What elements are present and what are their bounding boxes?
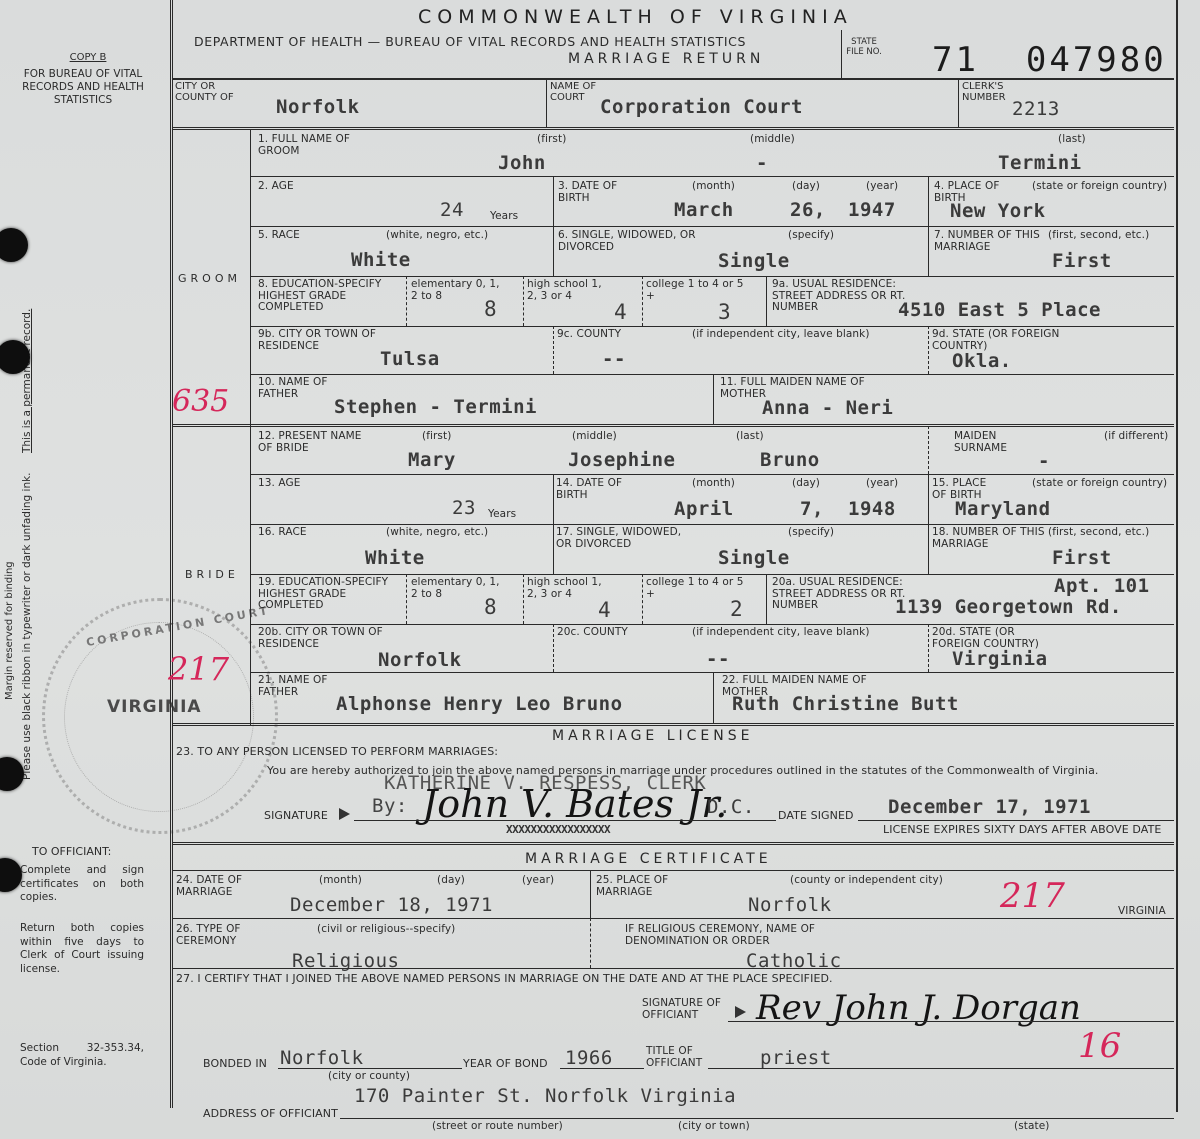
date-signed-value: December 17, 1971 <box>888 796 1091 818</box>
civil-religious-hint: (civil or religious--specify) <box>317 924 455 936</box>
day-hint: (day) <box>792 181 820 193</box>
groom-last-name: Termini <box>998 152 1082 174</box>
groom-dob-day: 26, <box>790 199 826 221</box>
address-line <box>340 1118 1174 1119</box>
bride-mother-name: Ruth Christine Butt <box>732 693 959 715</box>
divider <box>928 326 929 374</box>
bond-year-line <box>560 1068 644 1069</box>
bride-annotation: 217 <box>168 650 229 688</box>
department-name: DEPARTMENT OF HEALTH — BUREAU OF VITAL R… <box>194 36 746 48</box>
groom-birthplace: New York <box>950 200 1046 222</box>
groom-elementary: 8 <box>484 297 497 321</box>
divider <box>958 78 959 128</box>
ordinal-hint: (first, second, etc.) <box>1048 230 1149 242</box>
high-school-hint: high school 1, 2, 3 or 4 <box>527 279 607 302</box>
divider <box>590 870 591 918</box>
divider <box>642 574 643 624</box>
month-hint: (month) <box>319 875 362 887</box>
license-section-title: MARRIAGE LICENSE <box>552 728 753 744</box>
groom-county-label: 9c. COUNTY <box>557 329 621 341</box>
rule <box>172 870 1174 871</box>
rule <box>172 968 1174 969</box>
bonded-in-label: BONDED IN <box>203 1058 267 1070</box>
bride-state-label: 20d. STATE (OR FOREIGN COUNTRY) <box>932 627 1062 650</box>
divider <box>546 78 547 128</box>
groom-city: Tulsa <box>380 348 440 370</box>
divider <box>841 30 842 78</box>
denomination-label: IF RELIGIOUS CEREMONY, NAME OF DENOMINAT… <box>625 924 825 947</box>
groom-middle-name: - <box>756 152 768 174</box>
groom-high-school: 4 <box>614 300 627 324</box>
years-label: Years <box>490 211 518 223</box>
bride-state: Virginia <box>952 648 1048 670</box>
certification-statement: 27. I CERTIFY THAT I JOINED THE ABOVE NA… <box>176 973 833 985</box>
city-county-hint: (city or county) <box>328 1071 410 1083</box>
divider <box>553 524 554 574</box>
marriage-place-label: 25. PLACE OF MARRIAGE <box>596 875 696 898</box>
state-country-hint: (state or foreign country) <box>1032 478 1167 490</box>
code-reference: Section 32-353.34, Code of Virginia. <box>20 1042 144 1069</box>
bride-apartment: Apt. 101 <box>1054 575 1150 597</box>
divider <box>928 474 929 524</box>
license-expiry-note: LICENSE EXPIRES SIXTY DAYS AFTER ABOVE D… <box>883 824 1161 836</box>
form-right-border <box>1176 0 1178 1112</box>
independent-city-hint: (if independent city, leave blank) <box>692 329 870 341</box>
section-rule <box>172 842 1174 845</box>
to-officiant-instruction-1: Complete and sign certificates on both c… <box>20 864 144 905</box>
bride-maiden-label: MAIDEN SURNAME <box>954 431 1024 454</box>
groom-county: -- <box>602 348 626 370</box>
state-file-number: 71 047980 <box>932 40 1167 80</box>
divider <box>406 574 407 624</box>
divider <box>642 276 643 326</box>
county-city-hint: (county or independent city) <box>790 875 943 887</box>
year-hint: (year) <box>866 478 898 490</box>
struck-out-text: XXXXXXXXXXXXXXXXX <box>506 823 610 836</box>
form-name: MARRIAGE RETURN <box>568 51 764 67</box>
bride-middle-name: Josephine <box>568 449 675 471</box>
bride-marital-label: 17. SINGLE, WIDOWED, OR DIVORCED <box>556 527 696 550</box>
groom-first-name: John <box>498 152 546 174</box>
groom-age-label: 2. AGE <box>258 181 294 193</box>
bride-father-name: Alphonse Henry Leo Bruno <box>336 693 623 715</box>
section-divider <box>250 130 251 726</box>
groom-street-address: 4510 East 5 Place <box>898 299 1101 321</box>
groom-dob-label: 3. DATE OF BIRTH <box>558 181 638 204</box>
divider <box>928 426 929 474</box>
license-addressee: 23. TO ANY PERSON LICENSED TO PERFORM MA… <box>176 746 498 758</box>
divider <box>406 276 407 326</box>
bride-age-label: 13. AGE <box>258 478 301 490</box>
bride-first-name: Mary <box>408 449 456 471</box>
divider <box>766 276 767 326</box>
divider <box>553 474 554 524</box>
month-hint: (month) <box>692 478 735 490</box>
ordinal-hint: (first, second, etc.) <box>1048 527 1149 539</box>
bride-maiden-surname: - <box>1038 450 1050 472</box>
form-title: COMMONWEALTH OF VIRGINIA <box>418 6 853 28</box>
divider <box>590 918 591 968</box>
rule <box>250 574 1174 575</box>
clerk-number-value: 2213 <box>1012 98 1060 120</box>
city-county-label: CITY OR COUNTY OF <box>175 81 255 103</box>
rule <box>250 524 1174 525</box>
bride-college: 2 <box>730 597 743 621</box>
bride-name-label: 12. PRESENT NAME OF BRIDE <box>258 431 368 454</box>
groom-education-label: 8. EDUCATION-SPECIFY HIGHEST GRADE COMPL… <box>258 279 406 314</box>
bride-birthplace: Maryland <box>955 498 1051 520</box>
date-signed-label: DATE SIGNED <box>778 810 854 822</box>
divider <box>713 672 714 724</box>
officiant-address-label: ADDRESS OF OFFICIANT <box>203 1108 338 1120</box>
bride-street-address: 1139 Georgetown Rd. <box>895 596 1122 618</box>
race-hint: (white, negro, etc.) <box>386 230 488 242</box>
groom-state-label: 9d. STATE (OR FOREIGN COUNTRY) <box>932 329 1062 352</box>
rule <box>172 918 1174 919</box>
groom-dob-month: March <box>674 199 734 221</box>
college-hint: college 1 to 4 or 5 + <box>646 279 746 302</box>
bride-county: -- <box>706 648 730 670</box>
specify-hint: (specify) <box>788 527 834 539</box>
bonded-line <box>278 1068 462 1069</box>
race-hint: (white, negro, etc.) <box>386 527 488 539</box>
state-file-label: STATE FILE NO. <box>846 37 882 57</box>
years-label: Years <box>488 509 516 521</box>
groom-marital-status: Single <box>718 250 790 272</box>
groom-father-name: Stephen - Termini <box>334 396 537 418</box>
year-hint: (year) <box>522 875 554 887</box>
bond-year: 1966 <box>565 1047 613 1069</box>
copy-purpose: FOR BUREAU OF VITAL RECORDS AND HEALTH S… <box>8 68 158 107</box>
divider <box>928 624 929 672</box>
middle-hint: (middle) <box>572 431 617 443</box>
groom-annotation: 635 <box>172 384 229 419</box>
rule <box>172 127 1174 130</box>
rule <box>250 474 1174 475</box>
ceremony-type-label: 26. TYPE OF CEREMONY <box>176 924 276 947</box>
rule <box>250 672 1174 673</box>
section-rule <box>172 723 1174 726</box>
state-country-hint: (state or foreign country) <box>1032 181 1167 193</box>
page-annotation: 16 <box>1078 1026 1121 1066</box>
title-line <box>708 1068 1174 1069</box>
bride-high-school: 4 <box>598 598 611 622</box>
groom-section-label: GROOM <box>178 272 241 285</box>
day-hint: (day) <box>792 478 820 490</box>
high-school-hint: high school 1, 2, 3 or 4 <box>527 577 607 600</box>
rule <box>250 374 1174 375</box>
groom-state: Okla. <box>952 350 1012 372</box>
seal-virginia-text: VIRGINIA <box>107 697 202 717</box>
bride-age: 23 <box>452 497 476 519</box>
bride-dob-year: 1948 <box>848 498 896 520</box>
rule <box>250 176 1174 177</box>
city-town-hint: (city or town) <box>678 1121 750 1133</box>
divider <box>928 176 929 226</box>
city-county-value: Norfolk <box>276 96 360 118</box>
last-hint: (last) <box>736 431 764 443</box>
first-hint: (first) <box>422 431 451 443</box>
groom-mother-name: Anna - Neri <box>762 397 893 419</box>
divider <box>766 574 767 624</box>
ink-note: Please use black ribbon in typewriter or… <box>22 472 33 780</box>
year-hint: (year) <box>866 181 898 193</box>
signature-label: SIGNATURE <box>264 810 328 822</box>
groom-name-label: 1. FULL NAME OF GROOM <box>258 134 358 157</box>
bride-city-label: 20b. CITY OR TOWN OF RESIDENCE <box>258 627 388 650</box>
groom-age: 24 <box>440 199 464 221</box>
officiant-signature-label: SIGNATURE OF OFFICIANT <box>642 998 732 1021</box>
bride-father-label: 21. NAME OF FATHER <box>258 675 338 698</box>
groom-dob-year: 1947 <box>848 199 896 221</box>
bride-race-label: 16. RACE <box>258 527 307 539</box>
bride-dob-day: 7, <box>800 498 824 520</box>
divider <box>928 226 929 276</box>
rule <box>250 226 1174 227</box>
if-different-hint: (if different) <box>1104 431 1168 443</box>
groom-marital-label: 6. SINGLE, WIDOWED, OR DIVORCED <box>558 230 698 253</box>
last-hint: (last) <box>1058 134 1086 146</box>
bride-street-label: 20a. USUAL RESIDENCE: STREET ADDRESS OR … <box>772 577 912 612</box>
divider <box>553 326 554 374</box>
groom-marriage-number-label: 7. NUMBER OF THIS MARRIAGE <box>934 230 1054 253</box>
permanent-record-note: This is a permanent record. <box>22 309 33 453</box>
street-hint: (street or route number) <box>432 1121 563 1133</box>
groom-race-label: 5. RACE <box>258 230 300 242</box>
copy-label: COPY B <box>58 52 118 63</box>
groom-marriage-number: First <box>1052 250 1112 272</box>
bride-marriage-number: First <box>1052 547 1112 569</box>
marriage-place: Norfolk <box>748 894 832 916</box>
middle-hint: (middle) <box>750 134 795 146</box>
specify-hint: (specify) <box>788 230 834 242</box>
divider <box>928 524 929 574</box>
marriage-state: VIRGINIA <box>1118 906 1166 918</box>
bride-marital-status: Single <box>718 547 790 569</box>
bride-education-label: 19. EDUCATION-SPECIFY HIGHEST GRADE COMP… <box>258 577 406 612</box>
rule <box>250 624 1174 625</box>
bride-marriage-number-label: 18. NUMBER OF THIS MARRIAGE <box>932 527 1052 550</box>
place-annotation: 217 <box>1000 876 1065 916</box>
binding-note: Margin reserved for binding <box>4 561 15 700</box>
bride-race: White <box>365 547 425 569</box>
date-line <box>858 820 1174 821</box>
month-hint: (month) <box>692 181 735 193</box>
divider <box>553 624 554 672</box>
officiant-title-label: TITLE OF OFFICIANT <box>646 1046 726 1069</box>
section-rule <box>172 424 1174 427</box>
groom-college: 3 <box>718 300 731 324</box>
groom-city-label: 9b. CITY OR TOWN OF RESIDENCE <box>258 329 388 352</box>
divider <box>713 374 714 424</box>
independent-city-hint: (if independent city, leave blank) <box>692 627 870 639</box>
bride-last-name: Bruno <box>760 449 820 471</box>
signature-line <box>354 820 776 821</box>
signature-arrow-icon <box>339 808 350 820</box>
rule <box>250 276 1174 277</box>
groom-father-label: 10. NAME OF FATHER <box>258 377 338 400</box>
binding-hole-1 <box>0 228 28 262</box>
marriage-date: December 18, 1971 <box>290 894 493 916</box>
bride-section-label: BRIDE <box>185 568 239 581</box>
officiant-signature-line <box>728 1021 1174 1022</box>
by-label: By: <box>372 795 408 817</box>
divider <box>523 574 524 624</box>
rule <box>250 326 1174 327</box>
certificate-section-title: MARRIAGE CERTIFICATE <box>525 851 772 867</box>
day-hint: (day) <box>437 875 465 887</box>
signature-arrow-icon <box>735 1006 746 1018</box>
marriage-date-label: 24. DATE OF MARRIAGE <box>176 875 276 898</box>
binding-hole-4 <box>0 858 22 892</box>
bonded-in-value: Norfolk <box>280 1047 364 1069</box>
bride-dob-month: April <box>674 498 734 520</box>
divider <box>523 276 524 326</box>
court-value: Corporation Court <box>600 96 803 118</box>
divider <box>553 226 554 276</box>
first-hint: (first) <box>537 134 566 146</box>
bride-dob-label: 14. DATE OF BIRTH <box>556 478 636 501</box>
bride-county-label: 20c. COUNTY <box>557 627 628 639</box>
groom-race: White <box>351 249 411 271</box>
bride-elementary: 8 <box>484 595 497 619</box>
rule <box>172 78 1174 80</box>
state-hint: (state) <box>1014 1121 1050 1133</box>
marriage-return-document: COPY B FOR BUREAU OF VITAL RECORDS AND H… <box>0 0 1200 1139</box>
officiant-address: 170 Painter St. Norfolk Virginia <box>354 1085 736 1107</box>
bond-year-label: YEAR OF BOND <box>463 1058 548 1070</box>
form-left-border <box>170 0 173 1108</box>
to-officiant-title: TO OFFICIANT: <box>32 846 111 857</box>
officiant-signature: Rev John J. Dorgan <box>756 988 1081 1028</box>
divider <box>553 176 554 226</box>
officiant-title: priest <box>760 1047 832 1069</box>
groom-street-label: 9a. USUAL RESIDENCE: STREET ADDRESS OR R… <box>772 279 912 314</box>
deputy-clerk-suffix: D.C. <box>707 796 755 818</box>
to-officiant-instruction-2: Return both copies within five days to C… <box>20 922 144 976</box>
bride-city: Norfolk <box>378 649 462 671</box>
